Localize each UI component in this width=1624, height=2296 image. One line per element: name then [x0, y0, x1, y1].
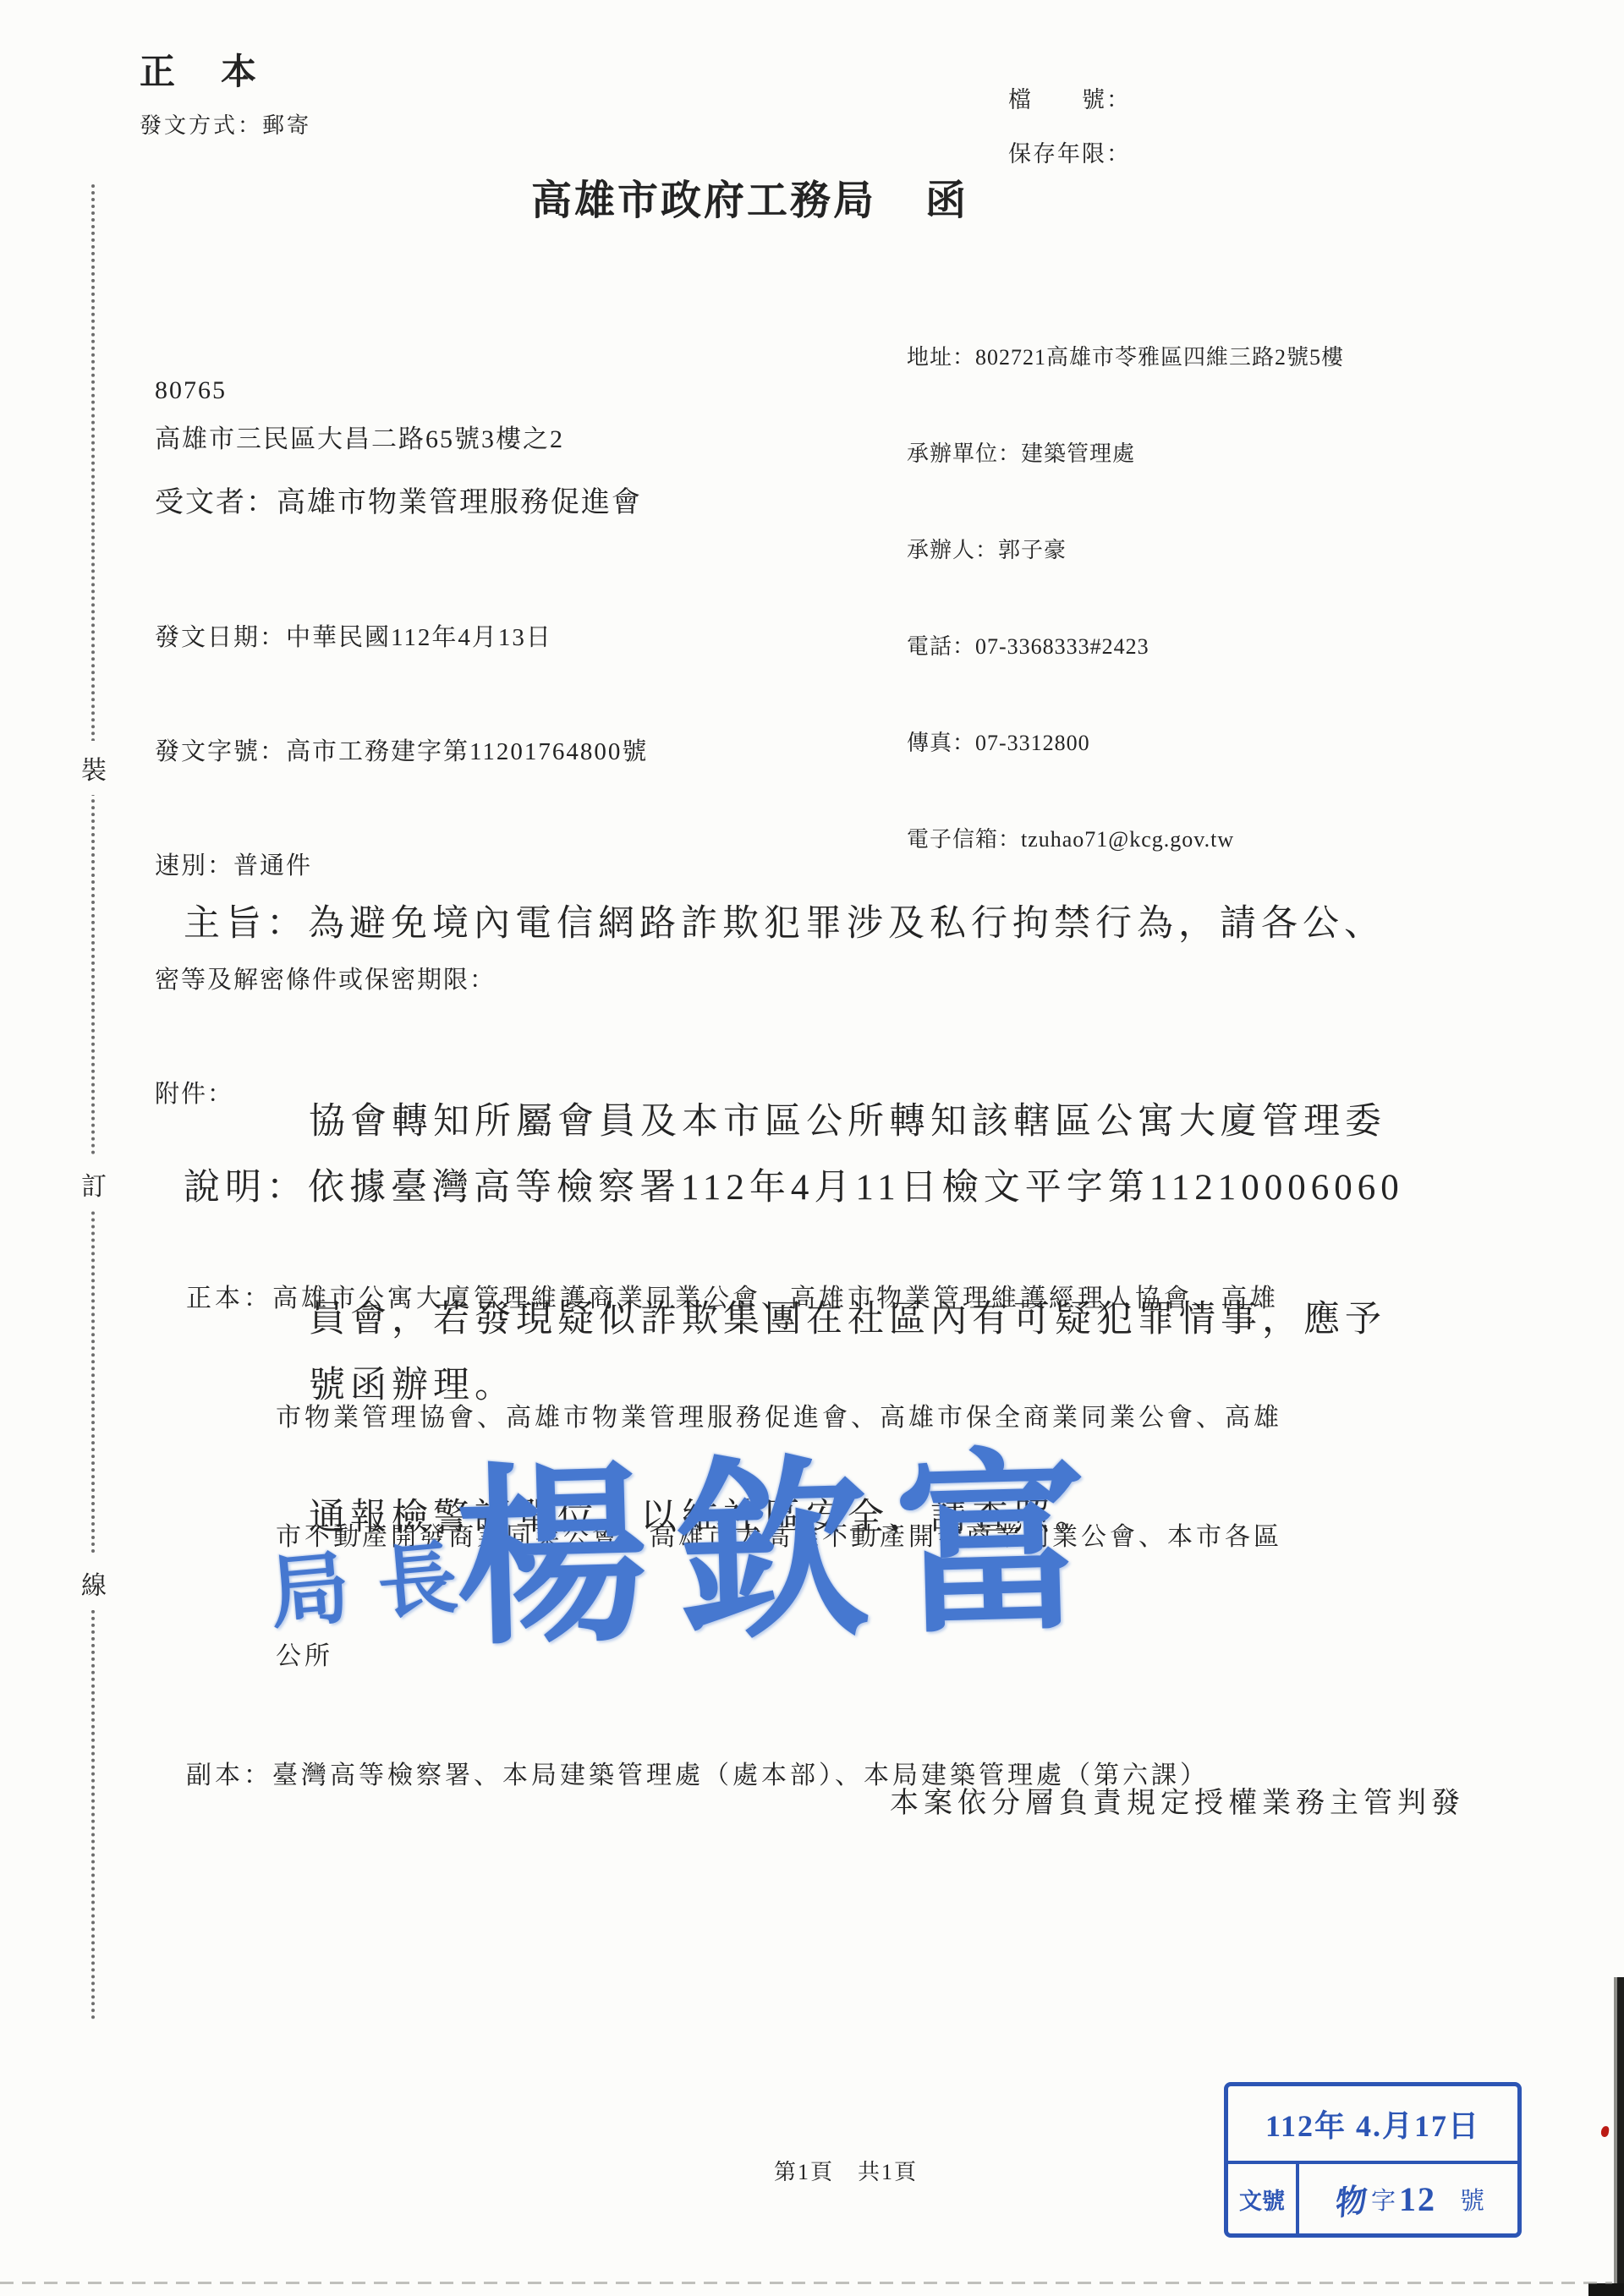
received-date-stamp: 112年 4.月17日 文號 物 字 12 號 — [1224, 2082, 1522, 2238]
original-recipients-line: 正本：高雄市公寓大廈管理維護商業同業公會、高雄市物業管理維護經理人協會、高雄 — [186, 1279, 1282, 1318]
copy-type-label: 正 本 — [140, 44, 261, 95]
binding-char-xian: 線 — [80, 1556, 108, 1610]
binding-char-ding: 訂 — [80, 1157, 108, 1211]
authorization-note: 本案依分層負責規定授權業務主管判發 — [890, 1779, 1465, 1821]
stamp-number-suffix: 號 — [1460, 2182, 1484, 2217]
document-title: 高雄市政府工務局 函 — [531, 167, 968, 226]
sender-fax-line: 傳真：07-3312800 — [907, 727, 1344, 759]
retention-period-label: 保存年限： — [1008, 135, 1131, 168]
sender-officer-line: 承辦人：郭子豪 — [907, 534, 1344, 567]
signature-name-stamp: 楊欽富 — [452, 1389, 1118, 1682]
issue-date-line: 發文日期：中華民國112年4月13日 — [155, 619, 648, 657]
stamp-doc-number-value: 物 字 12 號 — [1299, 2164, 1517, 2233]
subject-line: 主旨：為避免境內電信網路詐欺犯罪涉及私行拘禁行為，請各公、 — [184, 891, 1386, 957]
binding-dotted-line — [91, 184, 95, 2021]
red-ink-speck-artifact — [1600, 2125, 1610, 2137]
stamp-date: 112年 4.月17日 — [1228, 2086, 1517, 2164]
sender-phone-line: 電話：07-3368333#2423 — [907, 631, 1344, 663]
stamp-series-suffix: 字 — [1371, 2182, 1396, 2217]
scan-bottom-line-artifact — [0, 2282, 1612, 2284]
scan-edge-artifact — [1614, 1977, 1624, 2296]
sender-address-line: 地址：802721高雄市苓雅區四維三路2號5樓 — [907, 342, 1344, 374]
recipient-zip: 80765 — [155, 376, 227, 405]
file-number-label: 檔 號： — [1008, 81, 1131, 114]
document-type-label: 函 — [925, 167, 968, 226]
scanned-official-letter: 正 本 發文方式：郵寄 檔 號： 保存年限： 高雄市政府工務局 函 地址：802… — [0, 0, 1624, 2296]
page-number-footer: 第1頁 共1頁 — [774, 2155, 918, 2186]
stamp-series-handwritten: 物 — [1328, 2173, 1368, 2225]
sender-unit-line: 承辦單位：建築管理處 — [907, 438, 1344, 470]
scan-corner-artifact — [1588, 2283, 1624, 2296]
dispatch-method-label: 發文方式：郵寄 — [140, 108, 311, 140]
binding-char-zhuang: 裝 — [80, 741, 108, 795]
stamp-doc-number: 12 — [1399, 2179, 1436, 2219]
recipient-address: 高雄市三民區大昌二路65號3樓之2 — [155, 418, 564, 455]
recipient-line: 受文者：高雄市物業管理服務促進會 — [155, 479, 642, 520]
issuing-agency-name: 高雄市政府工務局 — [531, 167, 876, 226]
stamp-doc-number-label: 文號 — [1228, 2164, 1299, 2233]
